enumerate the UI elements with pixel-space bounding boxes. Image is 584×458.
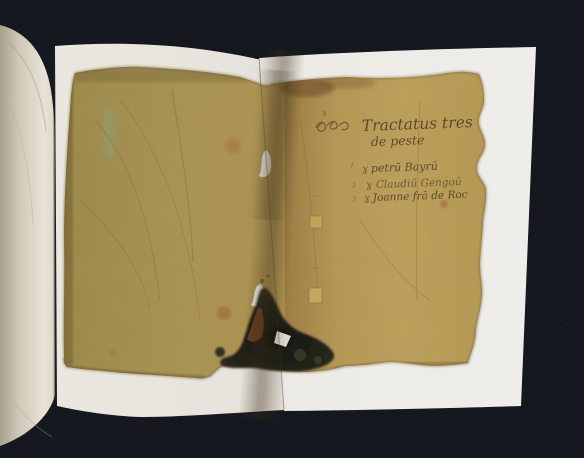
book-photo-canvas: Tractatus tres de peste ɣ petrū Bayrū ɣ … [0, 0, 584, 458]
stain-olive-highlight [314, 356, 322, 364]
sewing-patch [309, 288, 322, 303]
rust-spot [225, 138, 241, 154]
manuscript-title-line-2: de peste [371, 132, 425, 149]
margin-mark-2: ʒ [351, 180, 356, 188]
rust-spot [217, 306, 231, 320]
small-dark-blob [215, 347, 225, 357]
stain-olive-highlight [294, 349, 306, 361]
author-mark-2: ɣ [366, 180, 372, 191]
margin-mark-3: ʒ [351, 194, 356, 202]
rust-spot [109, 349, 117, 357]
manuscript-author-1: petrū Bayrū [371, 160, 438, 175]
author-mark-3: ɣ [364, 193, 370, 204]
sewing-patch [310, 216, 322, 228]
photograph-of-open-book: Tractatus tres de peste ɣ petrū Bayrū ɣ … [0, 0, 584, 458]
paraph-mark: x [322, 109, 327, 119]
author-mark-1: ɣ [362, 164, 368, 175]
page-stack-curve [0, 25, 55, 446]
book-page-stack [0, 25, 56, 446]
